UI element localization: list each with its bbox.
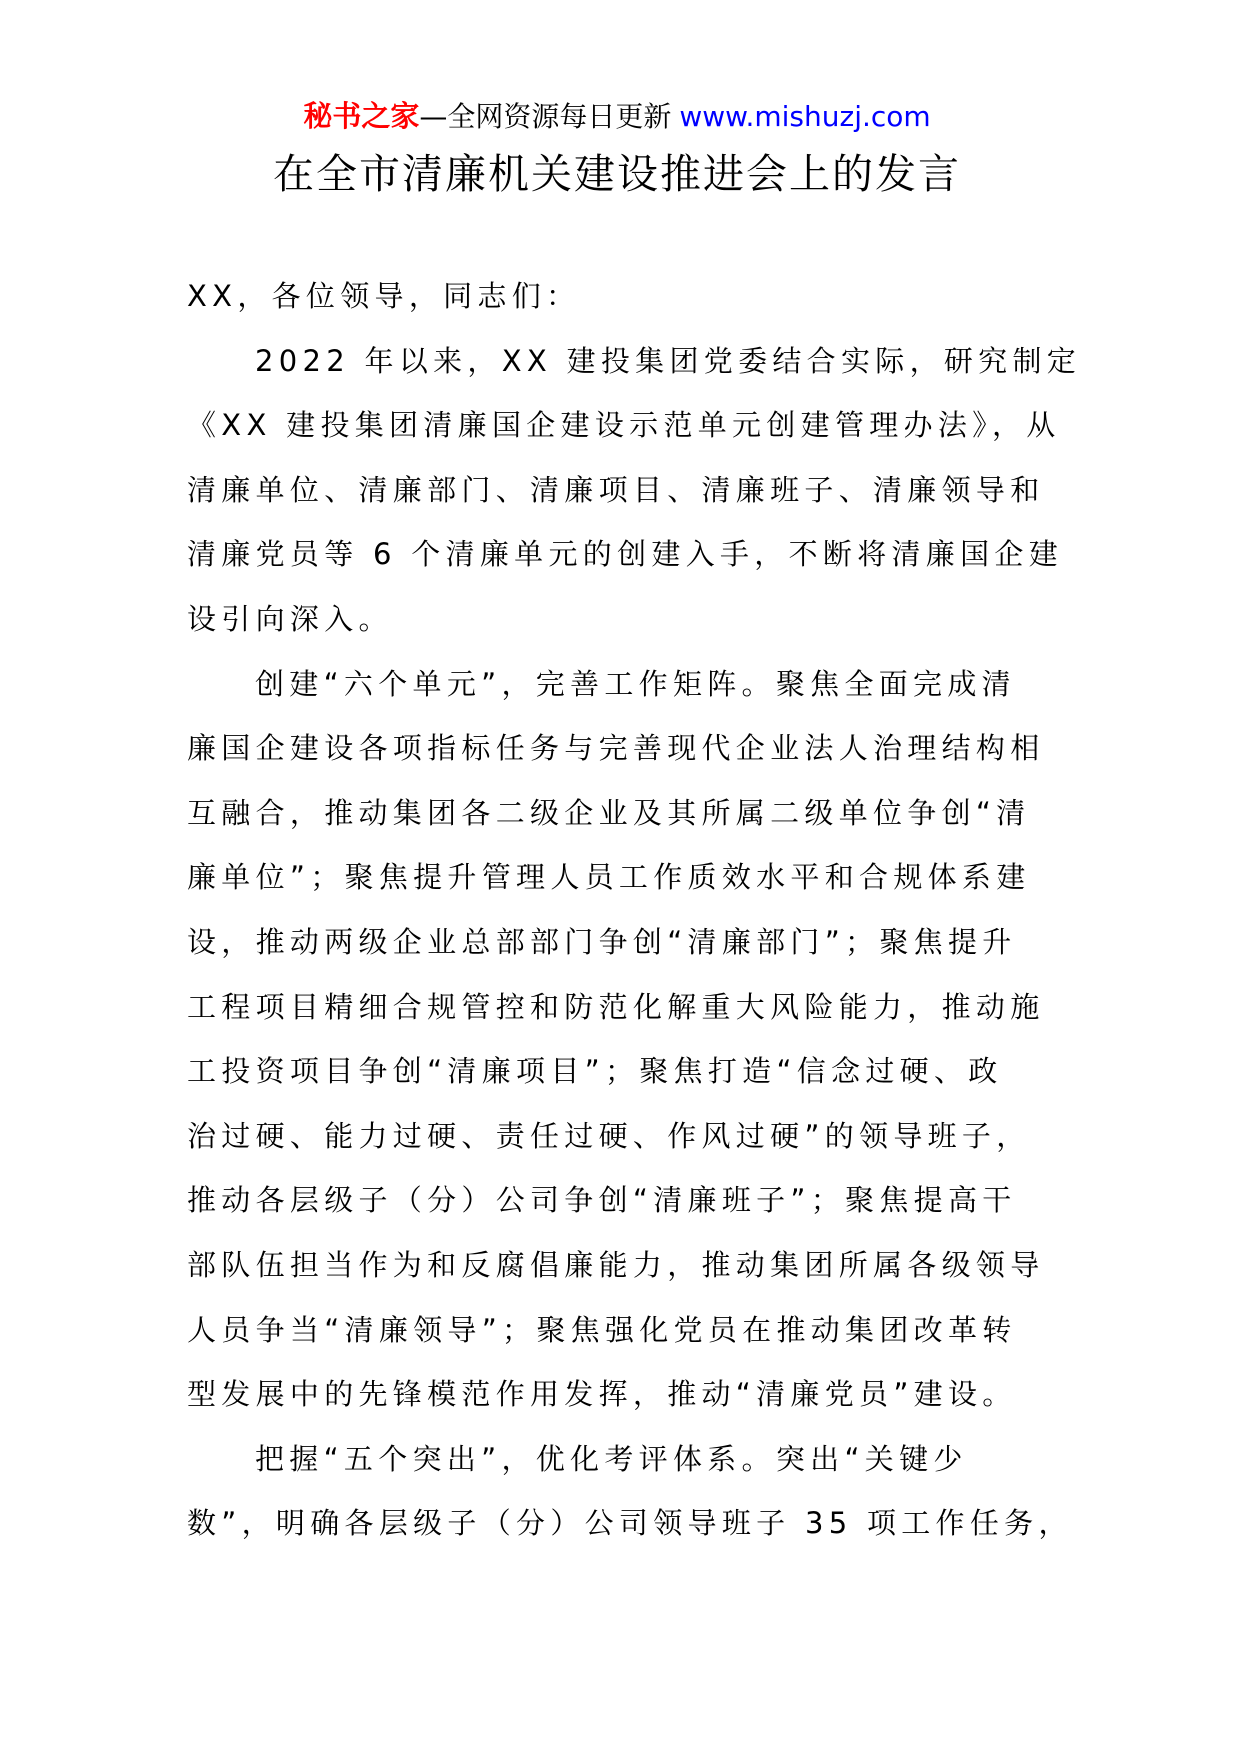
- paragraph-2-line-9: 推动各层级子（分）公司争创“清廉班子”；聚焦提高干: [187, 1168, 1067, 1233]
- salutation-line: XX，各位领导，同志们：: [187, 264, 1067, 329]
- paragraph-2-line-5: 设，推动两级企业总部部门争创“清廉部门”；聚焦提升: [187, 910, 1067, 975]
- document-page: 秘书之家—全网资源每日更新www.mishuzj.com 在全市清廉机关建设推进…: [0, 0, 1240, 1754]
- paragraph-1-line-2: 《XX 建投集团清廉国企建设示范单元创建管理办法》，从: [187, 393, 1067, 458]
- paragraph-1-line-5: 设引向深入。: [187, 587, 1067, 652]
- document-body: XX，各位领导，同志们： 2022 年以来，XX 建投集团党委结合实际，研究制定…: [187, 264, 1067, 1556]
- document-title: 在全市清廉机关建设推进会上的发言: [0, 146, 1234, 202]
- site-url-link[interactable]: www.mishuzj.com: [679, 100, 930, 133]
- paragraph-2-line-10: 部队伍担当作为和反腐倡廉能力，推动集团所属各级领导: [187, 1233, 1067, 1298]
- banner-slogan: —全网资源每日更新: [419, 100, 671, 133]
- site-banner: 秘书之家—全网资源每日更新www.mishuzj.com: [0, 98, 1234, 135]
- paragraph-2-line-11: 人员争当“清廉领导”；聚焦强化党员在推动集团改革转: [187, 1298, 1067, 1363]
- paragraph-1-line-4: 清廉党员等 6 个清廉单元的创建入手，不断将清廉国企建: [187, 522, 1067, 587]
- paragraph-2-line-2: 廉国企建设各项指标任务与完善现代企业法人治理结构相: [187, 716, 1067, 781]
- paragraph-2-line-1: 创建“六个单元”，完善工作矩阵。聚焦全面完成清: [187, 652, 1067, 717]
- paragraph-3-line-2: 数”，明确各层级子（分）公司领导班子 35 项工作任务，: [187, 1491, 1067, 1556]
- paragraph-2-line-7: 工投资项目争创“清廉项目”；聚焦打造“信念过硬、政: [187, 1039, 1067, 1104]
- paragraph-2-line-12: 型发展中的先锋模范作用发挥，推动“清廉党员”建设。: [187, 1362, 1067, 1427]
- paragraph-2-line-8: 治过硬、能力过硬、责任过硬、作风过硬”的领导班子，: [187, 1104, 1067, 1169]
- paragraph-3-line-1: 把握“五个突出”，优化考评体系。突出“关键少: [187, 1427, 1067, 1492]
- paragraph-1-line-1: 2022 年以来，XX 建投集团党委结合实际，研究制定: [187, 329, 1067, 394]
- paragraph-2-line-4: 廉单位”；聚焦提升管理人员工作质效水平和合规体系建: [187, 845, 1067, 910]
- paragraph-2-line-3: 互融合，推动集团各二级企业及其所属二级单位争创“清: [187, 781, 1067, 846]
- brand-name: 秘书之家: [303, 99, 419, 133]
- paragraph-1-line-3: 清廉单位、清廉部门、清廉项目、清廉班子、清廉领导和: [187, 458, 1067, 523]
- paragraph-2-line-6: 工程项目精细合规管控和防范化解重大风险能力，推动施: [187, 975, 1067, 1040]
